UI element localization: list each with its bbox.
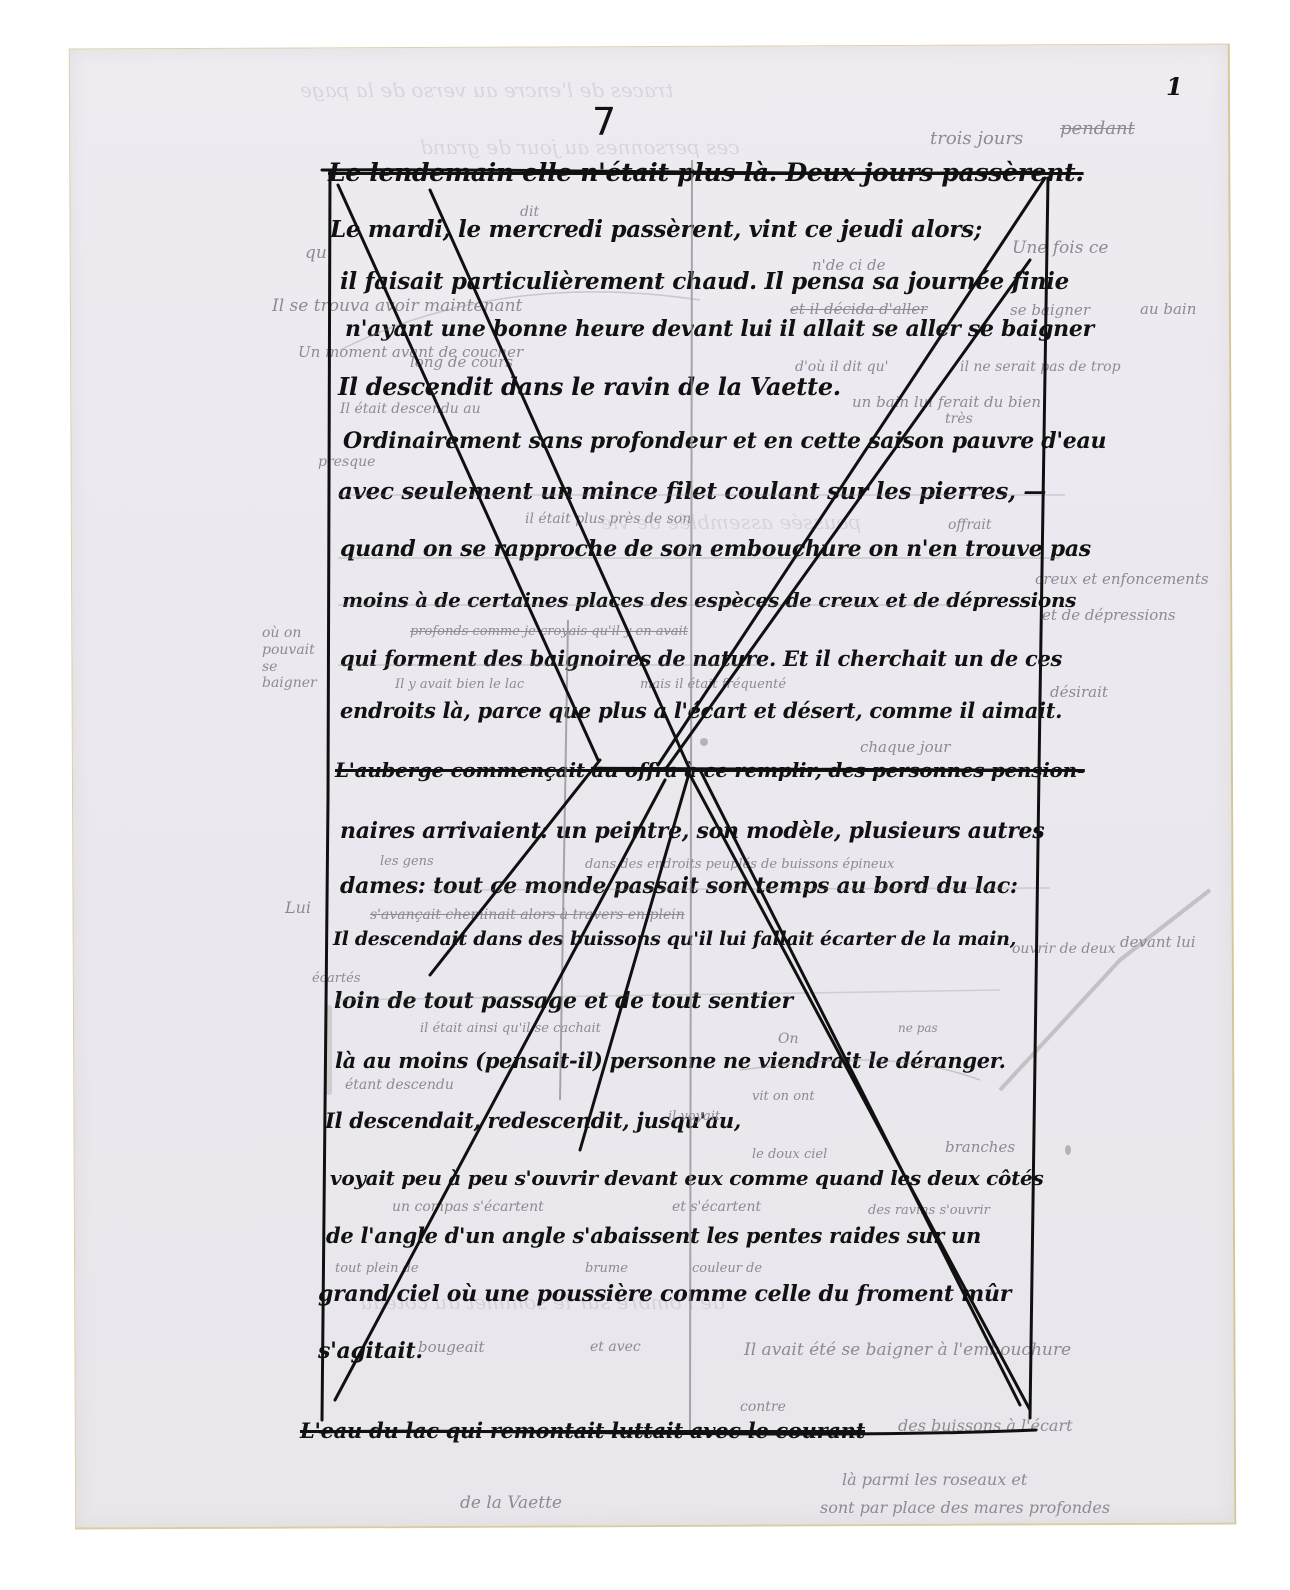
text-line: Il descendait dans des buissons qu'il lu… — [333, 930, 1016, 949]
pencil-annotation: bougeait — [418, 1340, 485, 1355]
text-line: Le lendemain elle n'était plus là. Deux … — [328, 160, 1084, 185]
bleed-through-text: ces personnes au jour de grand — [420, 135, 740, 159]
text-line: quand on se rapproche de son embouchure … — [340, 538, 1091, 560]
pencil-annotation: un compas s'écartent — [392, 1200, 544, 1214]
pencil-annotation: branches — [945, 1140, 1015, 1155]
pencil-annotation: dit — [520, 205, 539, 219]
pencil-annotation: vit on ont — [752, 1090, 815, 1103]
pencil-annotation: tout plein de — [335, 1262, 419, 1275]
pencil-annotation: écartés — [312, 972, 361, 985]
pencil-annotation: qu' — [305, 245, 332, 262]
pencil-annotation: mais il était fréquenté — [640, 678, 786, 691]
pencil-annotation: dans des endroits peuplés de buissons ép… — [585, 858, 894, 871]
folio-number: 1 — [1166, 72, 1183, 101]
pencil-annotation: n'de ci de — [812, 258, 885, 273]
pencil-annotation: offrait — [948, 518, 992, 532]
pencil-annotation: désirait — [1050, 685, 1108, 700]
pencil-annotation: On — [778, 1032, 799, 1046]
text-line: moins à de certaines places des espèces … — [342, 590, 1076, 610]
pencil-annotation: là parmi les roseaux et — [842, 1472, 1027, 1488]
pencil-annotation: long de cours — [410, 355, 513, 370]
pencil-annotation: les gens — [380, 855, 434, 868]
text-line: n'ayant une bonne heure devant lui il al… — [345, 318, 1094, 340]
pencil-annotation: se baigner — [1010, 303, 1090, 318]
pencil-annotation: s'avançait cheminait alors à travers en … — [370, 908, 685, 922]
pencil-annotation: de la Vaette — [460, 1495, 562, 1512]
pencil-annotation: il était plus près de son — [525, 512, 691, 526]
text-line: L'auberge commençait au offra à ce rempl… — [335, 760, 1085, 780]
text-line: voyait peu à peu s'ouvrir devant eux com… — [330, 1168, 1043, 1188]
text-line: grand ciel où une poussière comme celle … — [318, 1283, 1011, 1305]
text-line: qui forment des baignoires de nature. Et… — [340, 648, 1062, 669]
pencil-annotation: et avec — [590, 1340, 641, 1354]
pencil-annotation: et de dépressions — [1042, 608, 1176, 623]
pencil-annotation: très — [945, 412, 973, 426]
pencil-annotation: il ne serait pas de trop — [960, 360, 1121, 374]
text-line: Il descendit dans le ravin de la Vaette. — [338, 375, 841, 399]
text-line: naires arrivaient: un peintre, son modèl… — [340, 820, 1044, 842]
pencil-annotation: il était ainsi qu'il se cachait — [420, 1022, 601, 1035]
pencil-annotation: profonds comme je croyais qu'il y en ava… — [410, 625, 688, 638]
text-line: avec seulement un mince filet coulant su… — [338, 480, 1046, 503]
pencil-annotation: Il avait été se baigner à l'embouchure — [744, 1342, 1071, 1359]
pencil-annotation: couleur de — [692, 1262, 762, 1275]
text-line: il faisait particulièrement chaud. Il pe… — [340, 270, 1069, 293]
text-line: L'eau du lac qui remontait luttait avec … — [300, 1420, 865, 1441]
pencil-annotation: des buissons à l'écart — [898, 1418, 1073, 1434]
pencil-annotation: le doux ciel — [752, 1148, 827, 1161]
pencil-annotation: presque — [318, 455, 375, 469]
pencil-annotation: et s'écartent — [672, 1200, 761, 1214]
text-line: loin de tout passage et de tout sentier — [334, 990, 793, 1012]
pencil-annotation: ouvrir de deux — [1012, 942, 1116, 956]
ink-smudge — [1065, 1145, 1071, 1155]
pencil-annotation: au bain — [1140, 302, 1196, 317]
pencil-annotation: brume — [585, 1262, 628, 1275]
pencil-annotation: des ravins s'ouvrir — [868, 1204, 990, 1217]
text-line: dames: tout ce monde passait son temps a… — [340, 875, 1018, 897]
pencil-annotation: Il était descendu au — [340, 402, 481, 416]
text-line: s'agitait. — [318, 1340, 423, 1362]
pencil-annotation: Lui — [285, 900, 311, 916]
ink-smudge — [700, 738, 708, 746]
pencil-annotation: sont par place des mares profondes — [820, 1500, 1110, 1516]
text-line: Ordinairement sans profondeur et en cett… — [343, 430, 1106, 452]
pencil-annotation: Il y avait bien le lac — [395, 678, 524, 691]
pencil-annotation: creux et enfoncements — [1035, 572, 1209, 587]
pencil-annotation: contre — [740, 1400, 786, 1414]
pencil-annotation: chaque jour — [860, 740, 950, 755]
pencil-annotation: Une fois ce — [1012, 240, 1108, 257]
pencil-annotation: où on pouvait se baigner — [262, 625, 312, 692]
pencil-annotation: et il décida d'aller — [790, 302, 927, 317]
pencil-annotation: d'où il dit qu' — [795, 360, 888, 374]
pencil-annotation: trois jours — [930, 130, 1023, 148]
pencil-annotation: il voyait — [668, 1110, 720, 1123]
text-line: endroits là, parce que plus à l'écart et… — [340, 700, 1062, 721]
bleed-through-text: traces de l'encre au verso de la page — [300, 78, 673, 102]
pencil-annotation: un bain lui ferait du bien — [852, 395, 1041, 410]
pencil-annotation: étant descendu — [345, 1078, 454, 1092]
text-line: de l'angle d'un angle s'abaissent les pe… — [326, 1225, 981, 1246]
pencil-annotation: ne pas — [898, 1022, 938, 1034]
text-line: Le mardi, le mercredi passèrent, vint ce… — [330, 218, 982, 241]
text-line: là au moins (pensait-il) personne ne vie… — [335, 1050, 1006, 1071]
section-number: 7 — [592, 100, 616, 144]
pencil-annotation: devant lui — [1120, 935, 1196, 950]
ink-smudge — [326, 1005, 332, 1095]
pencil-annotation-struck: pendant — [1060, 120, 1135, 138]
pencil-annotation: Il se trouva avoir maintenant — [272, 298, 522, 315]
